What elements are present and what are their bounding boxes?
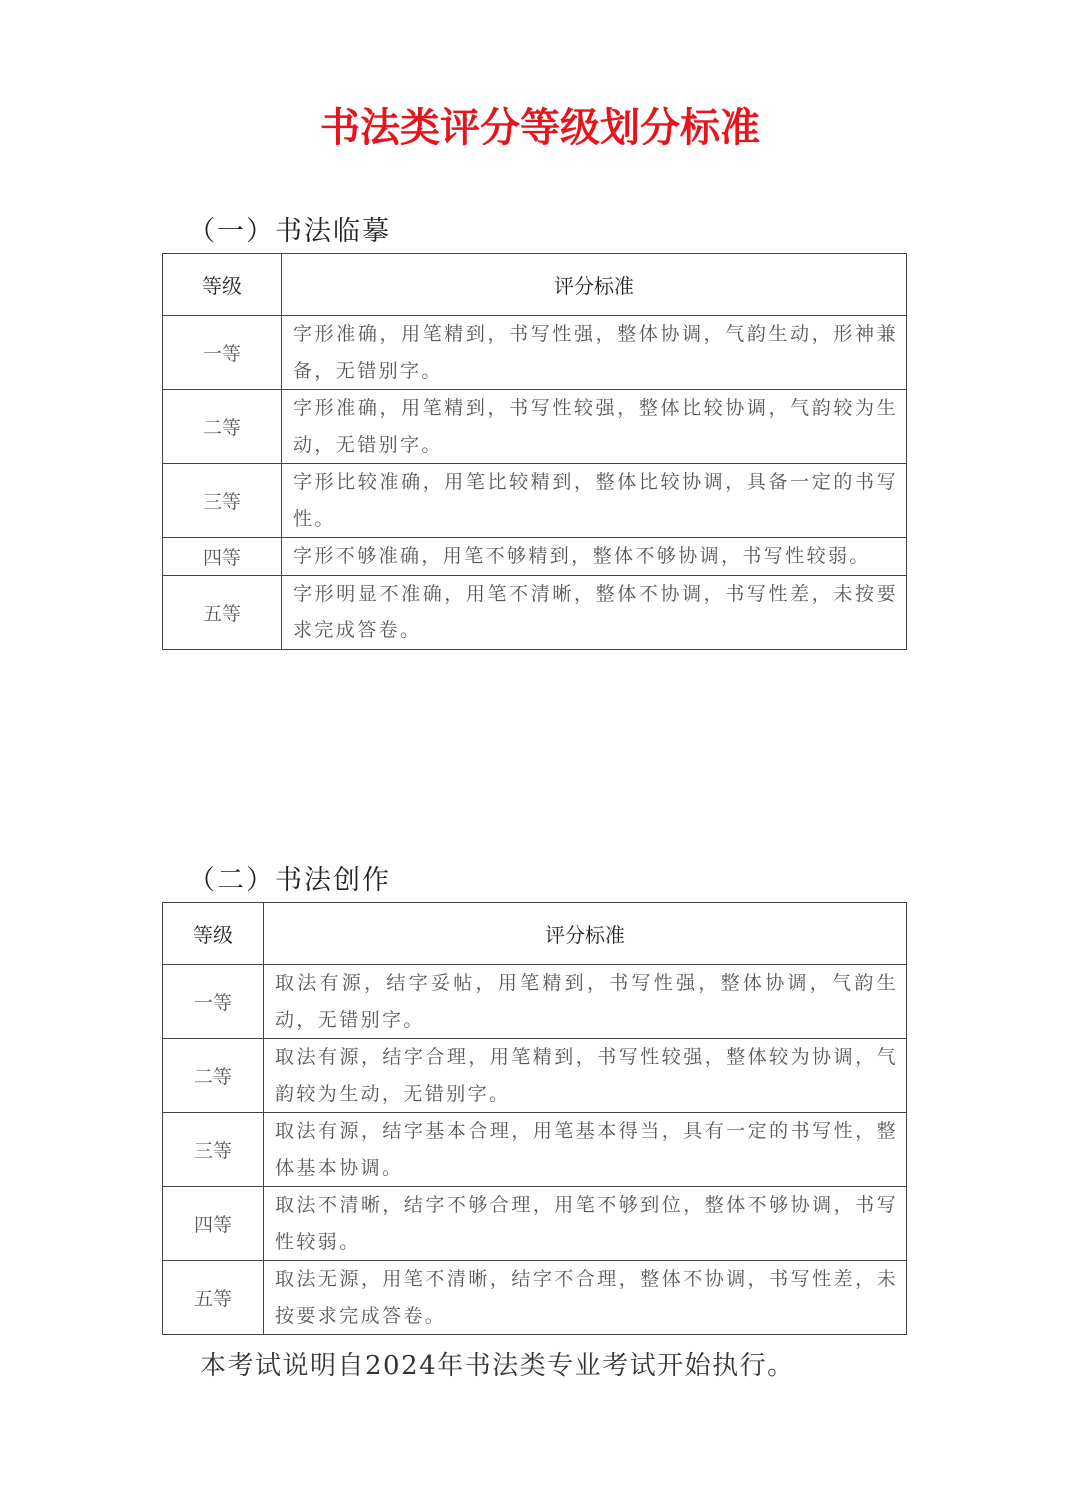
grade-criteria: 字形准确，用笔精到，书写性强，整体协调，气韵生动，形神兼备，无错别字。: [282, 316, 907, 390]
grade-criteria: 取法有源，结字妥帖，用笔精到，书写性强，整体协调，气韵生动，无错别字。: [264, 965, 907, 1039]
grading-table-copying: 等级 评分标准 一等 字形准确，用笔精到，书写性强，整体协调，气韵生动，形神兼备…: [162, 253, 907, 650]
table-row: 五等 字形明显不准确，用笔不清晰，整体不协调，书写性差，未按要求完成答卷。: [163, 575, 907, 649]
grade-criteria: 字形准确，用笔精到，书写性较强，整体比较协调，气韵较为生动，无错别字。: [282, 390, 907, 464]
table-row: 三等 取法有源，结字基本合理，用笔基本得当，具有一定的书写性，整体基本协调。: [163, 1113, 907, 1187]
grade-level: 二等: [163, 390, 282, 464]
table-row: 一等 取法有源，结字妥帖，用笔精到，书写性强，整体协调，气韵生动，无错别字。: [163, 965, 907, 1039]
table-row: 二等 取法有源，结字合理，用笔精到，书写性较强，整体较为协调，气韵较为生动，无错…: [163, 1039, 907, 1113]
grading-table-creation: 等级 评分标准 一等 取法有源，结字妥帖，用笔精到，书写性强，整体协调，气韵生动…: [162, 902, 907, 1335]
grade-criteria: 取法不清晰，结字不够合理，用笔不够到位，整体不够协调，书写性较弱。: [264, 1187, 907, 1261]
grade-level: 五等: [163, 575, 282, 649]
table-header-row: 等级 评分标准: [163, 903, 907, 965]
table-row: 一等 字形准确，用笔精到，书写性强，整体协调，气韵生动，形神兼备，无错别字。: [163, 316, 907, 390]
grade-criteria: 取法有源，结字合理，用笔精到，书写性较强，整体较为协调，气韵较为生动，无错别字。: [264, 1039, 907, 1113]
table-row: 三等 字形比较准确，用笔比较精到，整体比较协调，具备一定的书写性。: [163, 464, 907, 538]
section-heading-copying: （一）书法临摹: [188, 212, 391, 252]
grade-level: 一等: [163, 316, 282, 390]
column-header-level: 等级: [163, 903, 264, 965]
document-title: 书法类评分等级划分标准: [0, 98, 1080, 158]
grade-criteria: 字形不够准确，用笔不够精到，整体不够协调，书写性较弱。: [282, 538, 907, 576]
grade-level: 五等: [163, 1261, 264, 1335]
column-header-level: 等级: [163, 254, 282, 316]
grade-level: 三等: [163, 464, 282, 538]
grade-criteria: 字形明显不准确，用笔不清晰，整体不协调，书写性差，未按要求完成答卷。: [282, 575, 907, 649]
grade-criteria: 字形比较准确，用笔比较精到，整体比较协调，具备一定的书写性。: [282, 464, 907, 538]
table-row: 二等 字形准确，用笔精到，书写性较强，整体比较协调，气韵较为生动，无错别字。: [163, 390, 907, 464]
table-row: 五等 取法无源，用笔不清晰，结字不合理，整体不协调，书写性差，未按要求完成答卷。: [163, 1261, 907, 1335]
grade-level: 四等: [163, 538, 282, 576]
column-header-criteria: 评分标准: [282, 254, 907, 316]
grade-level: 三等: [163, 1113, 264, 1187]
table-row: 四等 取法不清晰，结字不够合理，用笔不够到位，整体不够协调，书写性较弱。: [163, 1187, 907, 1261]
grade-level: 四等: [163, 1187, 264, 1261]
grade-criteria: 取法无源，用笔不清晰，结字不合理，整体不协调，书写性差，未按要求完成答卷。: [264, 1261, 907, 1335]
effective-date-note: 本考试说明自2024年书法类专业考试开始执行。: [200, 1346, 795, 1386]
grade-criteria: 取法有源，结字基本合理，用笔基本得当，具有一定的书写性，整体基本协调。: [264, 1113, 907, 1187]
grade-level: 二等: [163, 1039, 264, 1113]
section-heading-creation: （二）书法创作: [188, 861, 391, 901]
grade-level: 一等: [163, 965, 264, 1039]
column-header-criteria: 评分标准: [264, 903, 907, 965]
table-row: 四等 字形不够准确，用笔不够精到，整体不够协调，书写性较弱。: [163, 538, 907, 576]
table-header-row: 等级 评分标准: [163, 254, 907, 316]
